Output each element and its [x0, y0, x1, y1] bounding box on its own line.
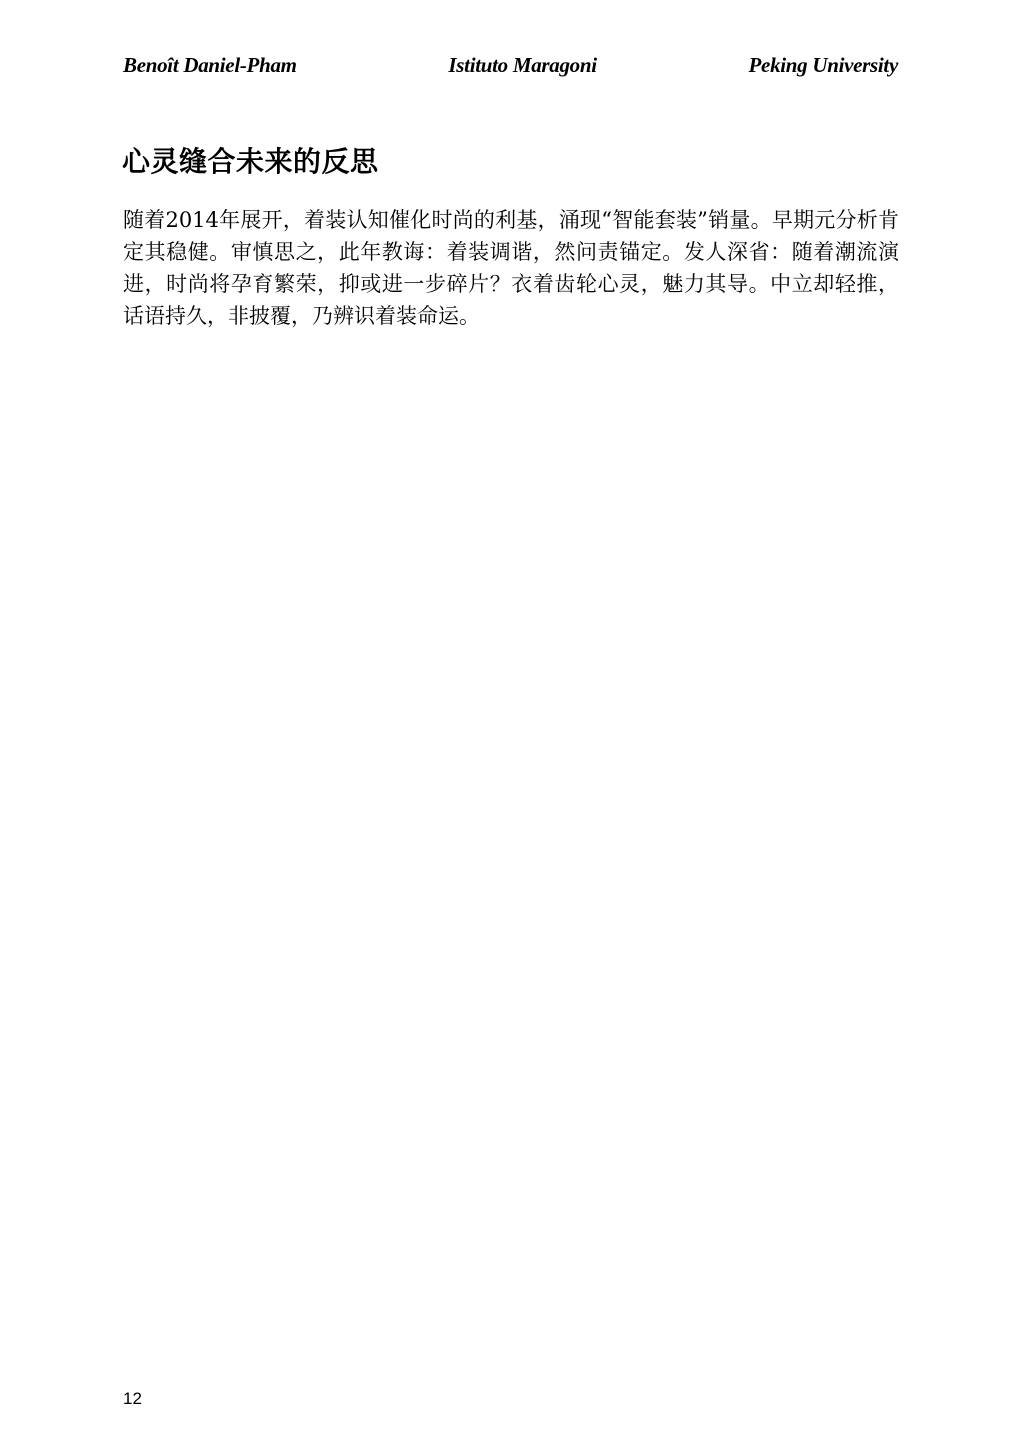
header-author: Benoît Daniel-Pham: [123, 53, 297, 78]
header-institution-1: Istituto Maragoni: [448, 53, 596, 78]
header-institution-2: Peking University: [749, 53, 898, 78]
body-paragraph: 随着2014年展开，着装认知催化时尚的利基，涌现“智能套装”销量。早期元分析肯定…: [123, 204, 899, 332]
section-title: 心灵缝合未来的反思: [122, 142, 379, 182]
page-number: 12: [123, 1389, 142, 1409]
running-header: Benoît Daniel-Pham Istituto Maragoni Pek…: [123, 50, 898, 80]
